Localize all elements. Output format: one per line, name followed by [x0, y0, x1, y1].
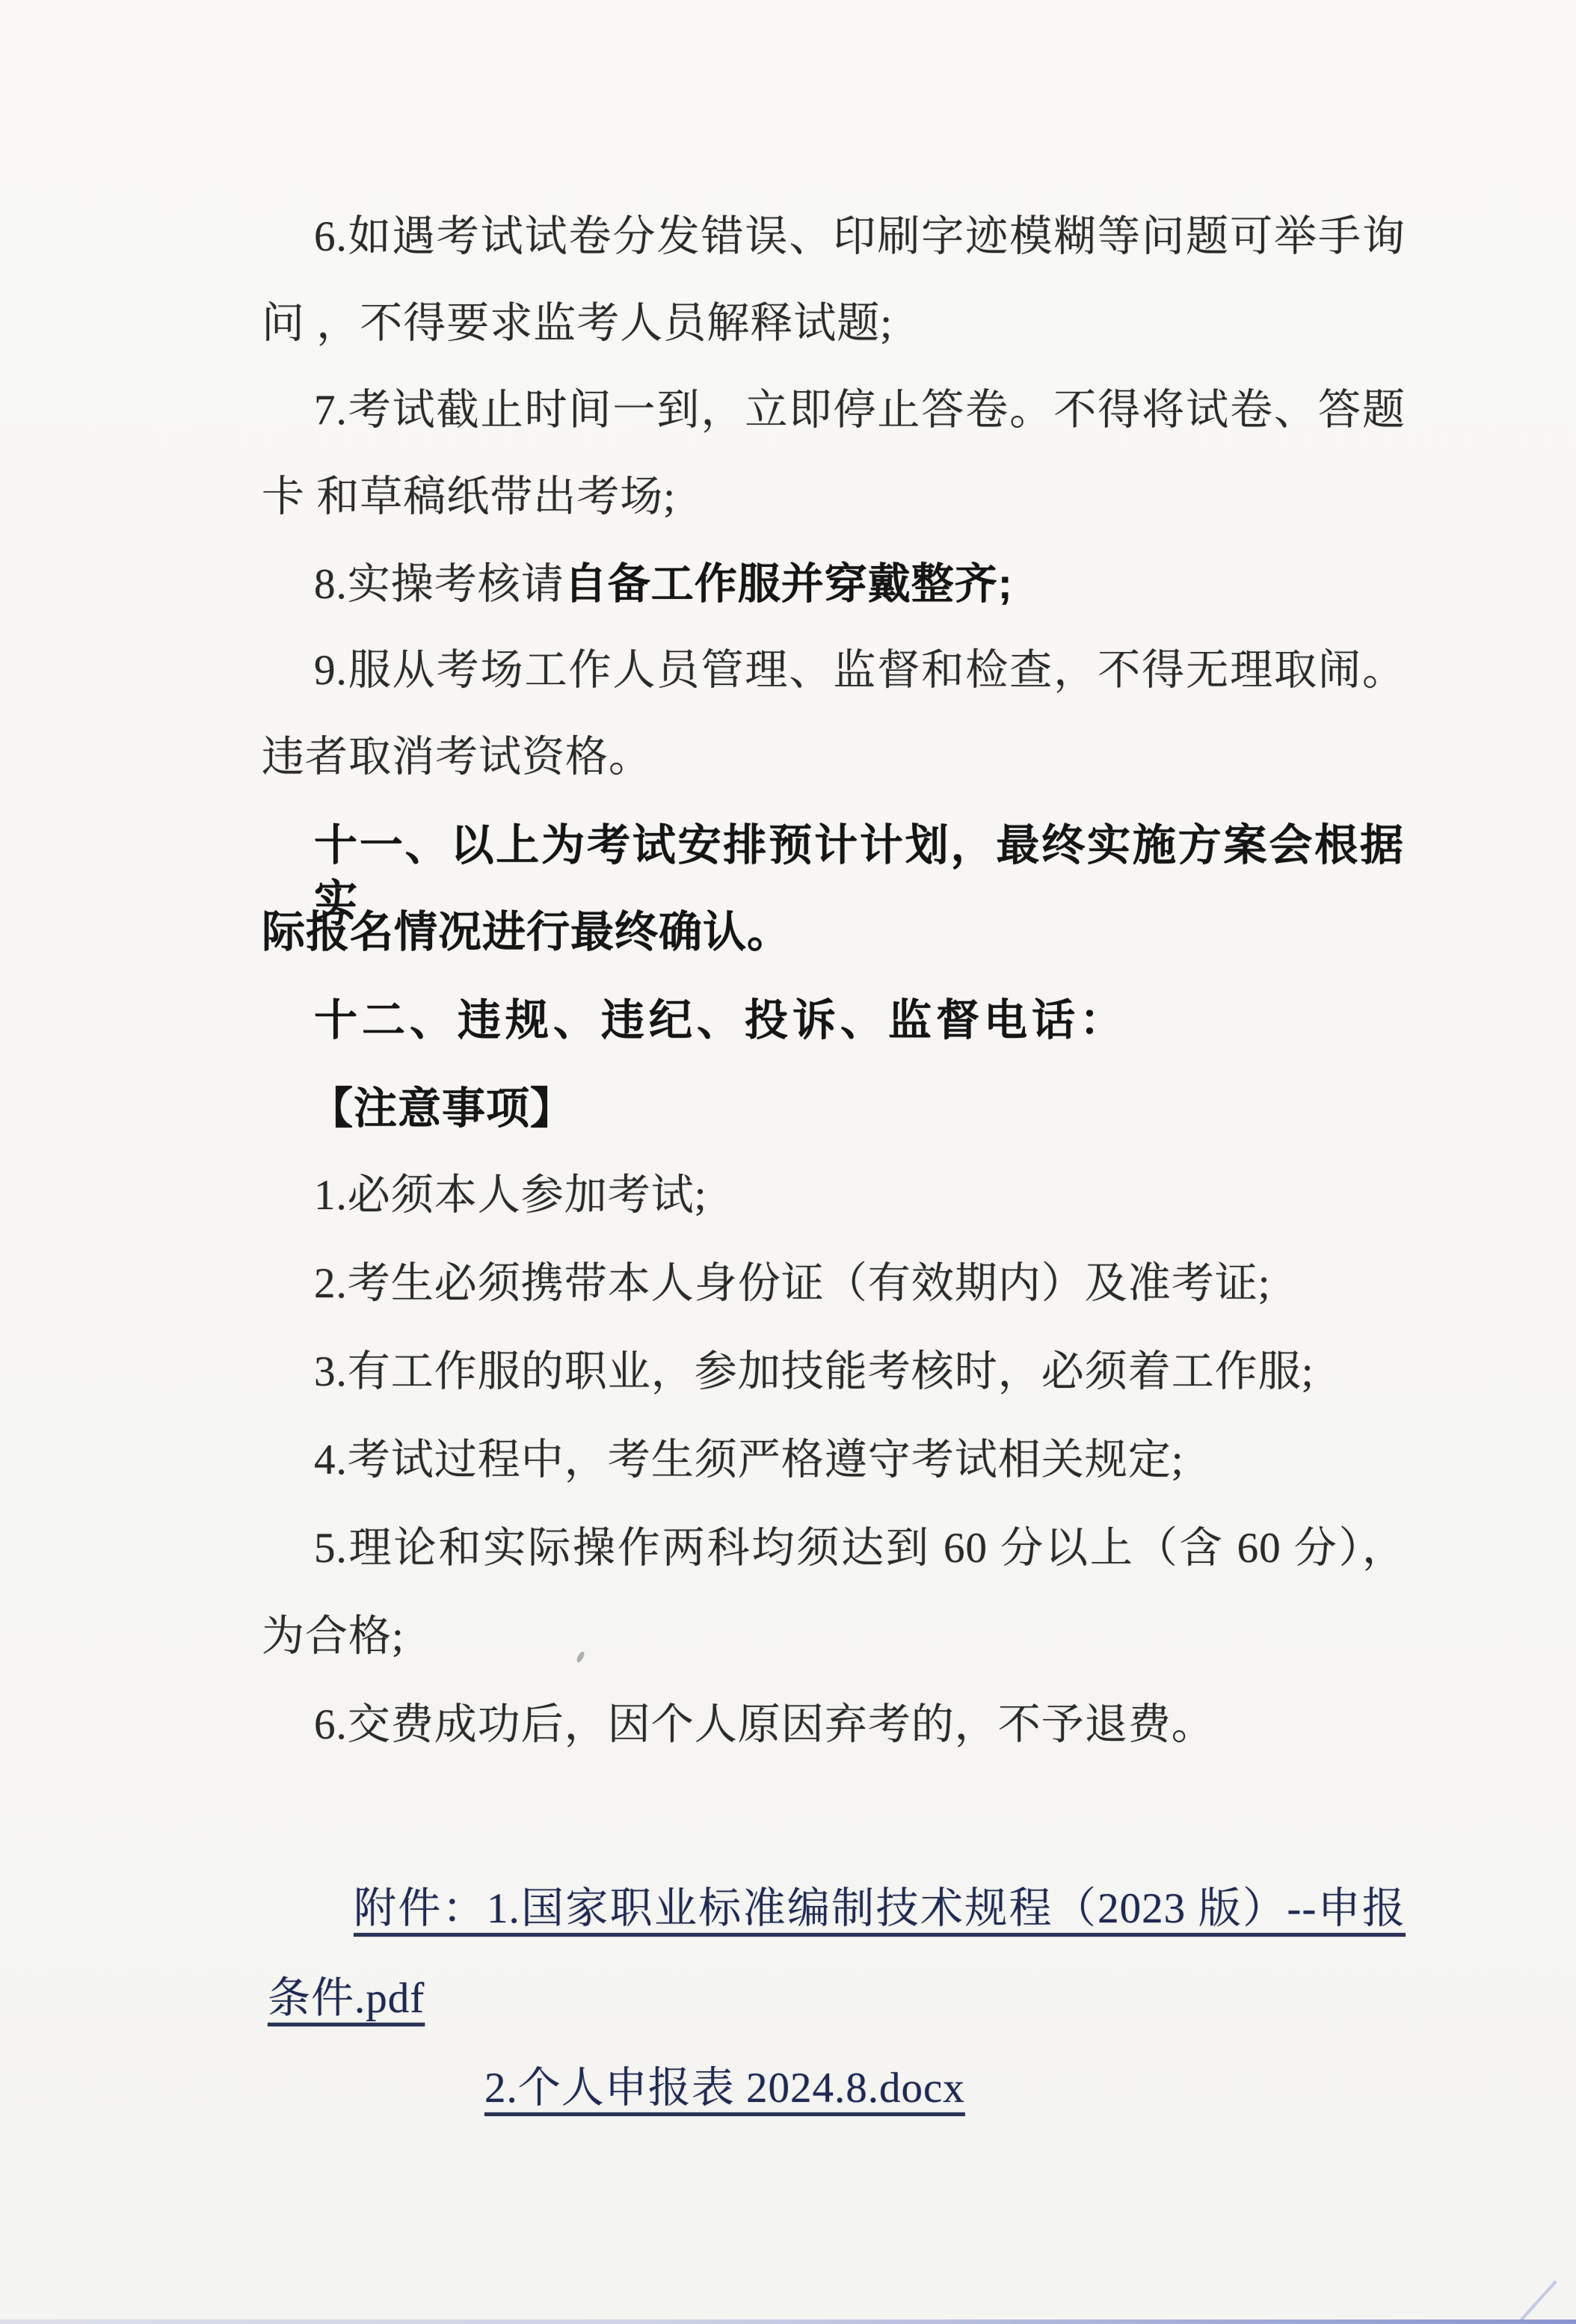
section-12-heading: 十二、违规、违纪、投诉、监督电话： [314, 993, 1127, 1048]
rule-item-6-line2: 问 ，不得要求监考人员解释试题; [262, 296, 893, 351]
rule-item-9-line2: 违者取消考试资格。 [262, 730, 652, 785]
rule-item-8: 8.实操考核请自备工作服并穿戴整齐; [314, 556, 1013, 612]
rule-item-9-line1: 9.服从考场工作人员管理、监督和检查，不得无理取闹。 [314, 643, 1406, 698]
note-item-5-line1: 5.理论和实际操作两科均须达到 60 分以上（含 60 分）， [314, 1521, 1406, 1576]
note-item-5-line2: 为合格; [262, 1609, 404, 1664]
attachment-2-link[interactable]: 2.个人申报表 2024.8.docx [484, 2061, 965, 2116]
note-item-2: 2.考生必须携带本人身份证（有效期内）及准考证; [314, 1256, 1271, 1312]
scan-corner-mark [1515, 2281, 1557, 2324]
rule-item-6-line1: 6.如遇考试试卷分发错误、印刷字迹模糊等问题可举手询 [314, 209, 1406, 265]
note-item-3: 3.有工作服的职业，参加技能考核时，必须着工作服; [314, 1344, 1314, 1400]
scan-bottom-edge-line [0, 2320, 1576, 2324]
scanned-notice-page: 6.如遇考试试卷分发错误、印刷字迹模糊等问题可举手询 问 ，不得要求监考人员解释… [0, 0, 1576, 2324]
notes-heading: 【注意事项】 [310, 1081, 574, 1137]
rule-item-7-line1: 7.考试截止时间一到，立即停止答卷。不得将试卷、答题 [314, 383, 1406, 438]
note-item-4: 4.考试过程中，考生须严格遵守考试相关规定; [314, 1433, 1184, 1488]
scan-speck-artifact [576, 1650, 585, 1663]
attachment-1-link-line2[interactable]: 条件.pdf [268, 1971, 425, 2026]
rule-item-8-prefix: 8.实操考核请 [314, 561, 564, 608]
note-item-1: 1.必须本人参加考试; [314, 1168, 707, 1223]
section-11-heading-line2: 际报名情况进行最终确认。 [262, 905, 791, 960]
note-item-6: 6.交费成功后，因个人原因弃考的，不予退费。 [314, 1697, 1215, 1753]
attachment-1-link-line1[interactable]: 附件：1.国家职业标准编制技术规程（2023 版）--申报 [354, 1881, 1406, 1937]
rule-item-7-line2: 卡 和草稿纸带出考场; [262, 470, 676, 525]
rule-item-8-bold-text: 自备工作服并穿戴整齐; [564, 560, 1013, 608]
